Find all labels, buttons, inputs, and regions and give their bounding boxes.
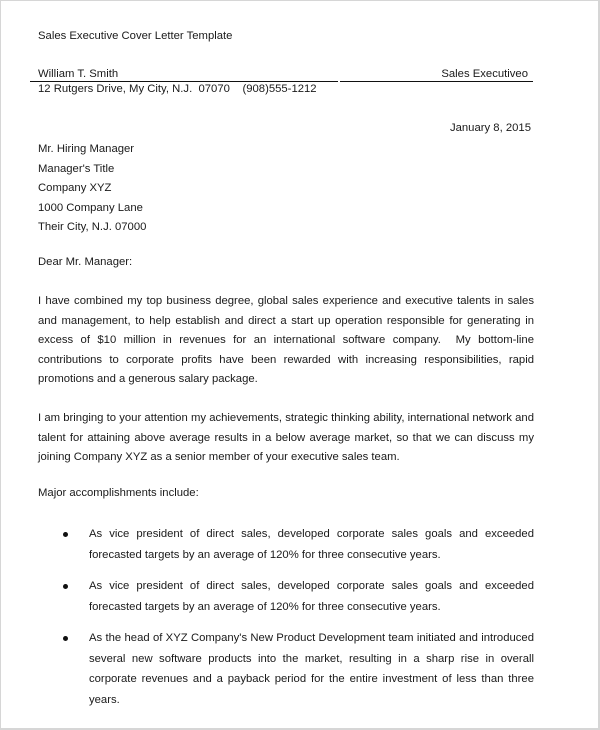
recipient-city: Their City, N.J. 07000 — [38, 218, 146, 238]
list-item-text: As the head of XYZ Company's New Product… — [89, 632, 534, 706]
sender-name: William T. Smith — [38, 68, 118, 80]
accomplishments-list: As vice president of direct sales, devel… — [38, 524, 534, 721]
body-paragraph: I have combined my top business degree, … — [38, 292, 534, 390]
salutation: Dear Mr. Manager: — [38, 256, 132, 268]
letter-date: January 8, 2015 — [450, 122, 531, 134]
accomplishments-label: Major accomplishments include: — [38, 487, 199, 499]
recipient-block: Mr. Hiring Manager Manager's Title Compa… — [38, 140, 146, 238]
list-item-text: As vice president of direct sales, devel… — [89, 580, 534, 613]
sender-role: Sales Executiveo — [441, 68, 528, 80]
body-paragraph: I am bringing to your attention my achie… — [38, 409, 534, 468]
sender-address: 12 Rutgers Drive, My City, N.J. 07070 (9… — [38, 83, 317, 95]
list-item: As vice president of direct sales, devel… — [38, 576, 534, 617]
recipient-company: Company XYZ — [38, 179, 146, 199]
recipient-street: 1000 Company Lane — [38, 199, 146, 219]
header-rule-right — [340, 81, 533, 82]
list-item: As vice president of direct sales, devel… — [38, 524, 534, 565]
list-item-text: As vice president of direct sales, devel… — [89, 528, 534, 561]
bullet-icon — [63, 584, 68, 589]
list-item: As the head of XYZ Company's New Product… — [38, 628, 534, 710]
header-rule-left — [30, 81, 338, 82]
recipient-name: Mr. Hiring Manager — [38, 140, 146, 160]
recipient-title: Manager's Title — [38, 160, 146, 180]
bullet-icon — [63, 532, 68, 537]
bullet-icon — [63, 636, 68, 641]
document-title: Sales Executive Cover Letter Template — [38, 30, 232, 42]
document-page: Sales Executive Cover Letter Template Wi… — [0, 0, 600, 730]
